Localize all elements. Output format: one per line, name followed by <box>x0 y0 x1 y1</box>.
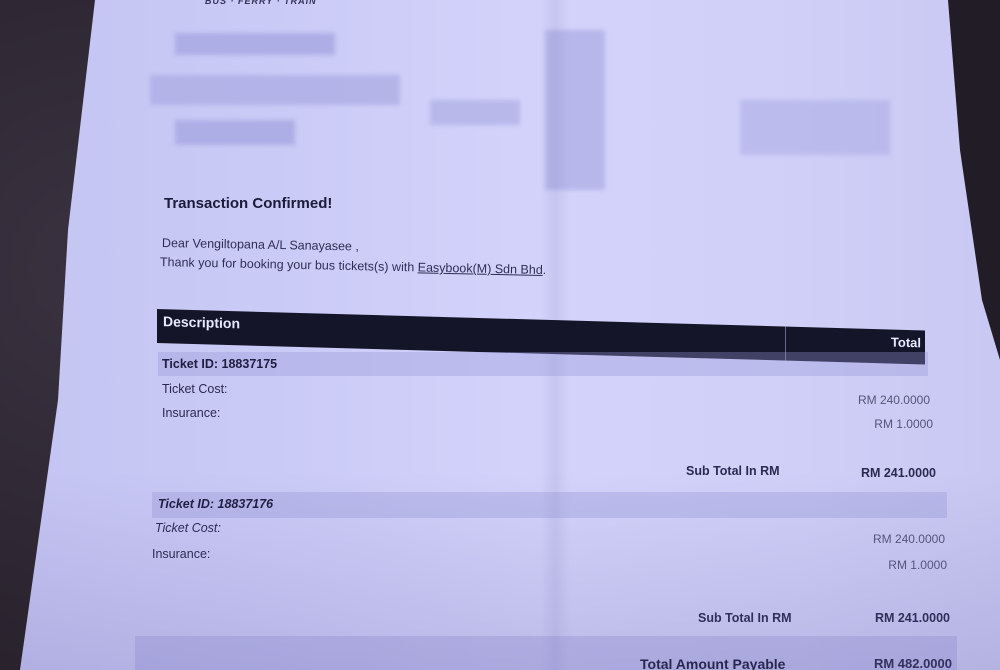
paper-shadow <box>0 470 1000 670</box>
receipt-paper: BUS · FERRY · TRAIN Transaction Confirme… <box>0 0 1000 670</box>
column-total: Total <box>891 334 921 350</box>
ticket-1-cost-label: Ticket Cost: <box>162 382 228 396</box>
ticket-1-id: Ticket ID: 18837175 <box>162 357 277 371</box>
column-description: Description <box>163 313 240 331</box>
ticket-1-cost: RM 240.0000 <box>830 393 930 407</box>
ticket-1-insurance: RM 1.0000 <box>833 417 933 431</box>
ticket-1-insurance-label: Insurance: <box>162 406 220 420</box>
